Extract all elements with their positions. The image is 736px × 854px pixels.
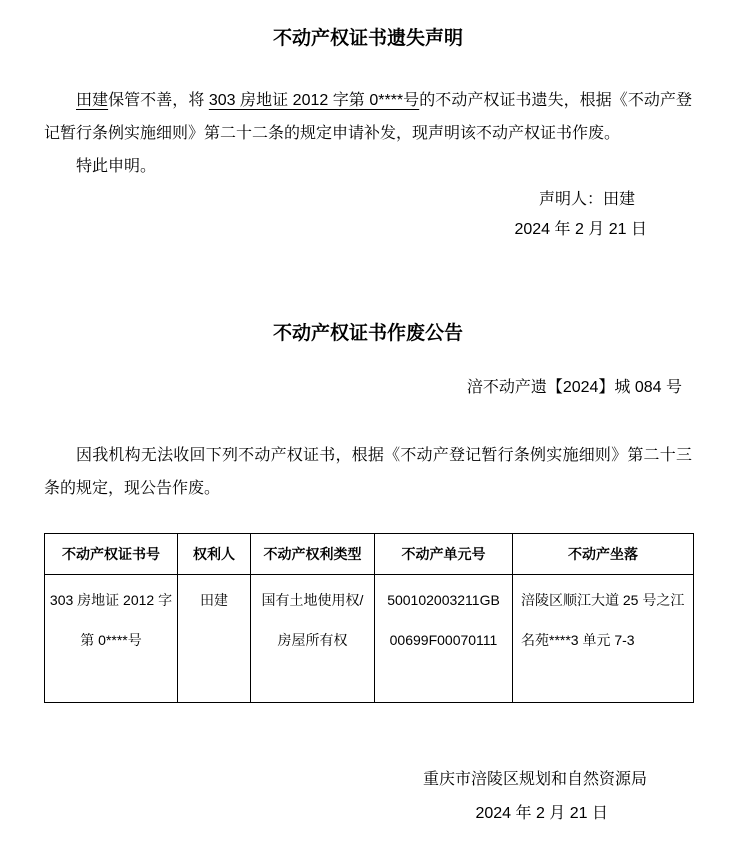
cell-right-type: 国有土地使用权/ 房屋所有权 — [251, 575, 375, 703]
unit-no-line-1: 500102003211GB — [377, 580, 510, 620]
unit-no-line-2: 00699F00070111 — [377, 620, 510, 660]
notice-paragraph: 因我机构无法收回下列不动产权证书，根据《不动产登记暂行条例实施细则》第二十三条的… — [44, 439, 692, 505]
header-cert-no: 不动产权证书号 — [45, 534, 178, 575]
header-right-type: 不动产权利类型 — [251, 534, 375, 575]
location-line-2: 名苑****3 单元 7-3 — [521, 620, 691, 660]
cell-cert-no: 303 房地证 2012 字 第 0****号 — [45, 575, 178, 703]
cell-holder: 田建 — [178, 575, 251, 703]
declaration-holder-name: 田建 — [76, 92, 108, 109]
header-holder: 权利人 — [178, 534, 251, 575]
cert-no-line-2: 第 0****号 — [47, 620, 175, 660]
declaration-cert-number: 303 房地证 2012 字第 0****号 — [209, 92, 419, 109]
location-line-1: 涪陵区顺江大道 25 号之江 — [521, 580, 691, 620]
cert-no-line-1: 303 房地证 2012 字 — [47, 580, 175, 620]
declaration-date: 2024 年 2 月 21 日 — [44, 215, 692, 245]
notice-agency: 重庆市涪陵区规划和自然资源局 — [44, 769, 692, 791]
notice-doc-number: 涪不动产遗【2024】城 084 号 — [44, 377, 692, 399]
header-unit-no: 不动产单元号 — [375, 534, 513, 575]
declaration-paragraph-mid: 保管不善，将 — [108, 92, 209, 109]
right-type-line-1: 国有土地使用权/ — [253, 580, 372, 620]
cell-location: 涪陵区顺江大道 25 号之江 名苑****3 单元 7-3 — [513, 575, 694, 703]
right-type-line-2: 房屋所有权 — [253, 620, 372, 660]
holder-name: 田建 — [180, 580, 248, 620]
declaration-paragraph: 田建保管不善，将 303 房地证 2012 字第 0****号的不动产权证书遗失… — [44, 84, 692, 150]
cell-unit-no: 500102003211GB 00699F00070111 — [375, 575, 513, 703]
declaration-closing: 特此申明。 — [44, 150, 692, 183]
table-row: 303 房地证 2012 字 第 0****号 田建 国有土地使用权/ 房屋所有… — [45, 575, 694, 703]
certificate-table: 不动产权证书号 权利人 不动产权利类型 不动产单元号 不动产坐落 303 房地证… — [44, 533, 694, 703]
notice-title: 不动产权证书作废公告 — [44, 321, 692, 347]
header-location: 不动产坐落 — [513, 534, 694, 575]
document-page: 不动产权证书遗失声明 田建保管不善，将 303 房地证 2012 字第 0***… — [0, 0, 736, 854]
notice-date: 2024 年 2 月 21 日 — [44, 803, 692, 825]
declaration-signer: 声明人：田建 — [44, 185, 692, 215]
declaration-title: 不动产权证书遗失声明 — [44, 0, 692, 52]
table-header-row: 不动产权证书号 权利人 不动产权利类型 不动产单元号 不动产坐落 — [45, 534, 694, 575]
